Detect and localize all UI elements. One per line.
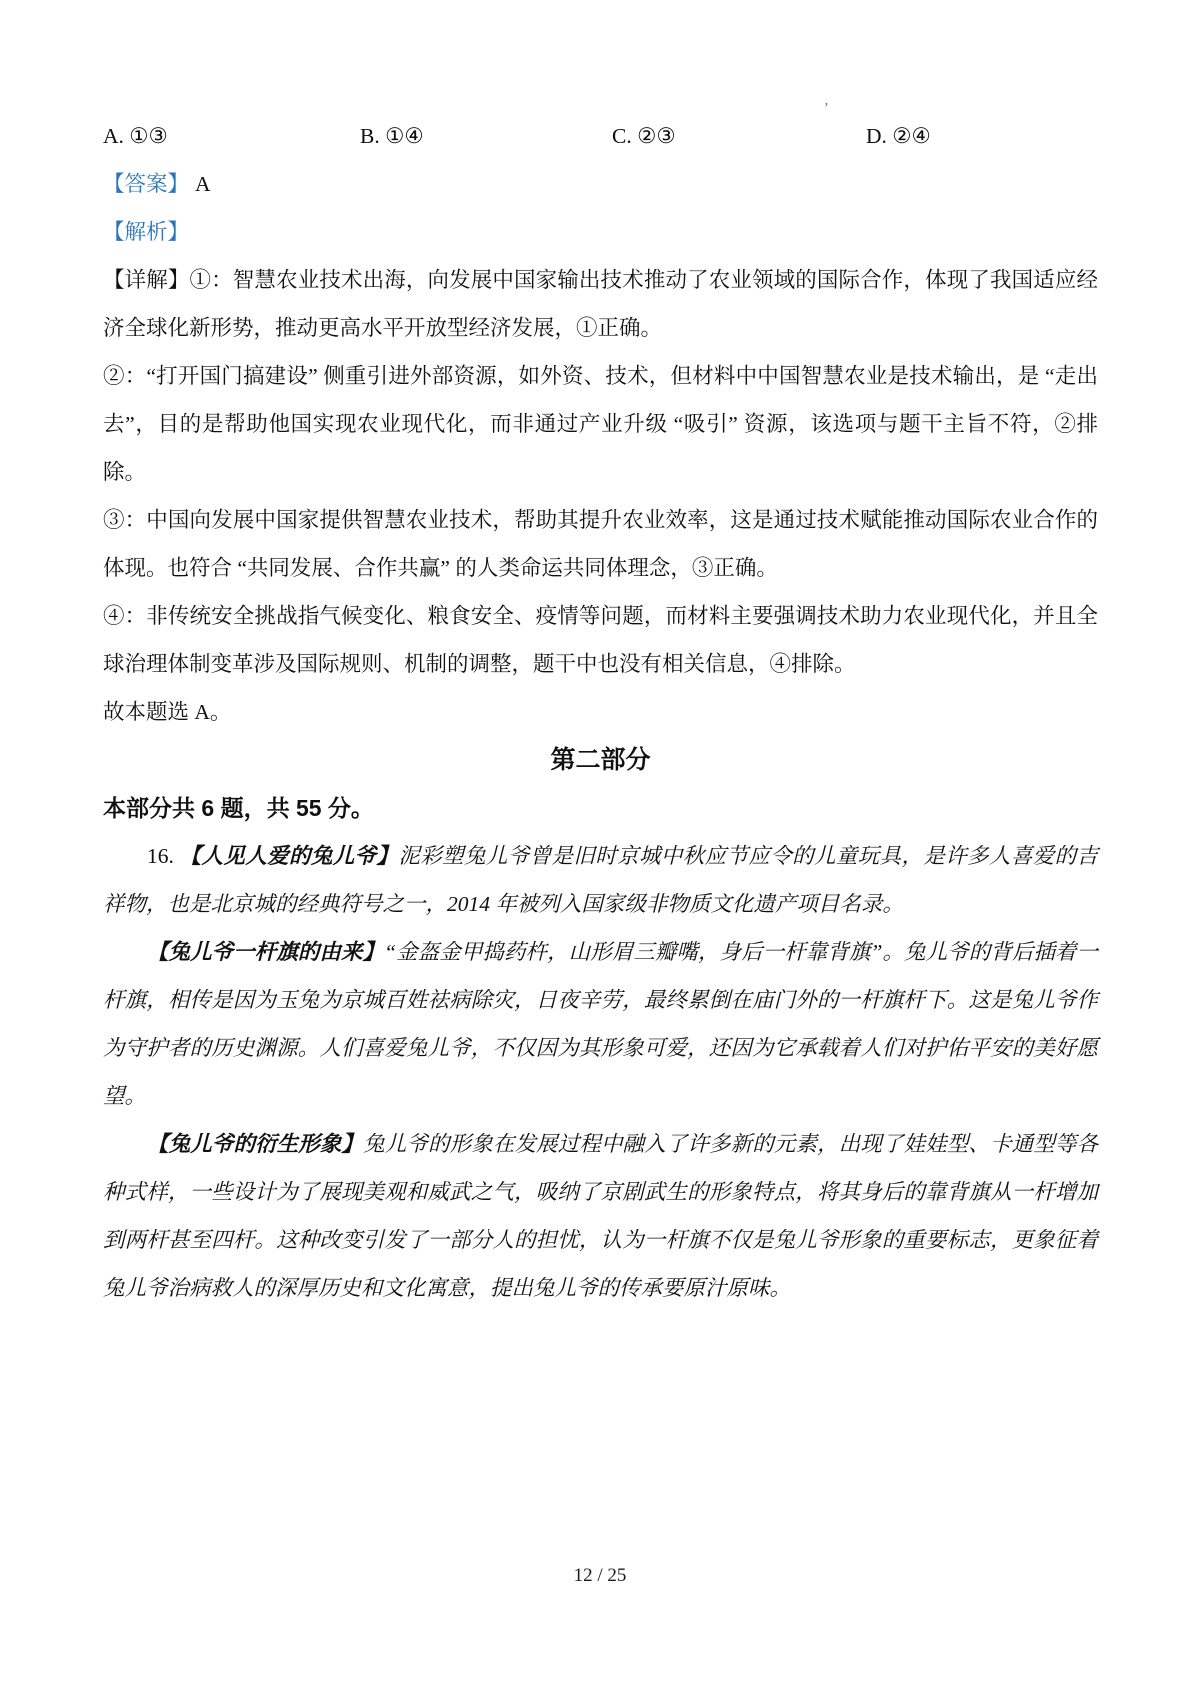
answer-line: 【答案】A	[103, 160, 1098, 208]
question-16-heading: 【人见人爱的兔儿爷】	[180, 844, 399, 868]
option-c: C. ②③	[612, 112, 676, 160]
material-paragraph-derived: 【兔儿爷的衍生形象】兔儿爷的形象在发展过程中融入了许多新的元素，出现了娃娃型、卡…	[103, 1120, 1098, 1312]
explanation-paragraph-3: ③：中国向发展中国家提供智慧农业技术，帮助其提升农业效率，这是通过技术赋能推动国…	[103, 496, 1098, 592]
document-page: A. ①③ B. ①④ C. ②③ D. ②④ 【答案】A 【解析】 【详解】①…	[103, 112, 1098, 1312]
section-title: 第二部分	[103, 736, 1098, 784]
material-text-origin: “金盔金甲捣药杵，山形眉三瓣嘴，身后一杆靠背旗”。兔儿爷的背后插着一杆旗，相传是…	[103, 940, 1098, 1108]
option-b: B. ①④	[360, 112, 424, 160]
answer-label: 【答案】	[103, 172, 189, 196]
answer-value: A	[195, 172, 211, 196]
explanation-conclusion: 故本题选 A。	[103, 688, 1098, 736]
material-heading-origin: 【兔儿爷一杆旗的由来】	[147, 940, 384, 964]
explanation-paragraph-4: ④：非传统安全挑战指气候变化、粮食安全、疫情等问题，而材料主要强调技术助力农业现…	[103, 592, 1098, 688]
analysis-label: 【解析】	[103, 220, 189, 244]
question-16-intro: 16. 【人见人爱的兔儿爷】泥彩塑兔儿爷曾是旧时京城中秋应节应令的儿童玩具，是许…	[103, 832, 1098, 928]
analysis-line: 【解析】	[103, 208, 1098, 256]
answer-options-row: A. ①③ B. ①④ C. ②③ D. ②④	[103, 112, 1098, 160]
question-number: 16.	[147, 844, 180, 868]
material-heading-derived: 【兔儿爷的衍生形象】	[147, 1132, 363, 1156]
option-d: D. ②④	[866, 112, 931, 160]
material-paragraph-origin: 【兔儿爷一杆旗的由来】“金盔金甲捣药杵，山形眉三瓣嘴，身后一杆靠背旗”。兔儿爷的…	[103, 928, 1098, 1120]
page-number: 12 / 25	[0, 1562, 1200, 1590]
explanation-paragraph-2: ②：“打开国门搞建设” 侧重引进外部资源，如外资、技术，但材料中中国智慧农业是技…	[103, 352, 1098, 496]
section-subtitle: 本部分共 6 题，共 55 分。	[103, 784, 1098, 832]
option-a: A. ①③	[103, 112, 168, 160]
explanation-paragraph-1: 【详解】①：智慧农业技术出海，向发展中国家输出技术推动了农业领域的国际合作，体现…	[103, 256, 1098, 352]
material-text-derived: 兔儿爷的形象在发展过程中融入了许多新的元素，出现了娃娃型、卡通型等各种式样，一些…	[103, 1132, 1098, 1300]
